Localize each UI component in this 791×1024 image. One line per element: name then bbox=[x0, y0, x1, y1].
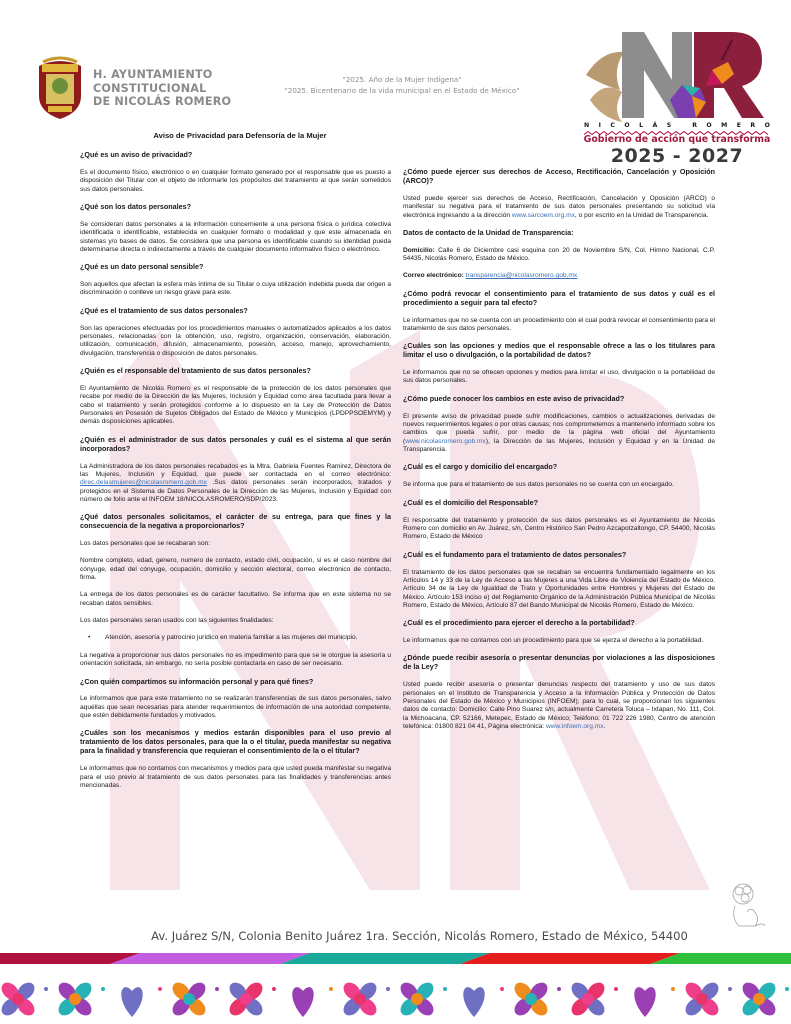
logo-letter: R bbox=[750, 122, 755, 129]
section-heading: ¿Cuáles son los mecanismos y medios esta… bbox=[80, 729, 391, 756]
document-title: Aviso de Privacidad para Defensoría de l… bbox=[80, 131, 400, 140]
body-text: La Administradora de los datos personale… bbox=[80, 463, 391, 478]
municipal-website-link[interactable]: www.nicolasromero.gob.mx bbox=[405, 438, 486, 445]
motto-line: "2025. Bicentenario de la vida municipal… bbox=[242, 86, 562, 97]
section-heading: ¿Qué son los datos personales? bbox=[80, 203, 391, 212]
section-body: Se informa que para el tratamiento de su… bbox=[403, 481, 715, 489]
logo-letter: S bbox=[667, 122, 671, 129]
section-body: Domicilio: Calle 6 de Diciembre casi esq… bbox=[403, 247, 715, 264]
section-heading: ¿Qué es un aviso de privacidad? bbox=[80, 151, 391, 160]
section-body: Usted puede recibir asesoría o presentar… bbox=[403, 681, 715, 731]
institution-line: H. AYUNTAMIENTO bbox=[93, 68, 231, 82]
motto-line: "2025. Año de la Mujer Indígena" bbox=[242, 75, 562, 86]
logo-letter: I bbox=[599, 122, 601, 129]
field-label: Correo electrónico: bbox=[403, 272, 464, 279]
section-heading: ¿Con quién compartimos su información pe… bbox=[80, 678, 391, 687]
sarcoem-link[interactable]: www.sarcoem.org.mx bbox=[512, 212, 575, 219]
logo-letter: L bbox=[639, 122, 643, 129]
section-body: Le informamos que no contamos con mecani… bbox=[80, 765, 391, 790]
section-heading: ¿Qué es el tratamiento de sus datos pers… bbox=[80, 307, 391, 316]
section-body: El presente aviso de privacidad puede su… bbox=[403, 413, 715, 455]
section-heading: ¿Cuál es el domicilio del Responsable? bbox=[403, 499, 715, 508]
section-heading: Datos de contacto de la Unidad de Transp… bbox=[403, 229, 715, 238]
section-body: Nombre completo, edad, genero, numero de… bbox=[80, 557, 391, 582]
section-body: La entrega de los datos personales es de… bbox=[80, 591, 391, 608]
infoem-link[interactable]: www.infoem.org.mx bbox=[546, 723, 604, 730]
section-body: La negativa a proporcionar sus datos per… bbox=[80, 652, 391, 669]
section-heading: ¿Dónde puede recibir asesoría o presenta… bbox=[403, 654, 715, 672]
section-body: Es el documento físico, electrónico o en… bbox=[80, 169, 391, 194]
body-text: , o por escrito en la Unidad de Transpar… bbox=[575, 212, 708, 219]
flower-border-icon bbox=[0, 967, 791, 1024]
section-body: Son aquellos que afectan la esfera más í… bbox=[80, 281, 391, 298]
logo-letter: E bbox=[737, 122, 741, 129]
field-value: Calle 6 de Diciembre casi esquina con 20… bbox=[403, 247, 715, 262]
section-body: Los datos personales que se recabaran so… bbox=[80, 540, 391, 548]
field-label: Domicilio: bbox=[403, 247, 435, 254]
section-heading: ¿Qué es un dato personal sensible? bbox=[80, 263, 391, 272]
woman-sketch-icon bbox=[725, 882, 769, 928]
section-heading: ¿Cómo puede conocer los cambios en este … bbox=[403, 395, 715, 404]
section-heading: ¿Qué datos personales solicitamos, el ca… bbox=[80, 513, 391, 531]
logo-letter: O bbox=[706, 122, 711, 129]
section-body: Le informamos que no se ofrecen opciones… bbox=[403, 369, 715, 386]
year-mottos: "2025. Año de la Mujer Indígena" "2025. … bbox=[242, 75, 562, 96]
purposes-list: Atención, asesoría y patrocinio jurídico… bbox=[80, 634, 391, 642]
section-heading: ¿Quién es el administrador de sus datos … bbox=[80, 436, 391, 454]
section-heading: ¿Cómo puede ejercer sus derechos de Acce… bbox=[403, 168, 715, 186]
section-body: Los datos personales seran usados con la… bbox=[80, 617, 391, 625]
institution-line: DE NICOLÁS ROMERO bbox=[93, 95, 231, 109]
section-body: Le informamos que no se cuenta con un pr… bbox=[403, 317, 715, 334]
purpose-item: Atención, asesoría y patrocinio jurídico… bbox=[80, 634, 391, 642]
right-column: ¿Cómo puede ejercer sus derechos de Acce… bbox=[403, 168, 715, 740]
transparency-email-link[interactable]: transparencia@nicolasromero.gob.mx bbox=[466, 272, 578, 279]
logo-letter: N bbox=[584, 122, 589, 129]
section-heading: ¿Cómo podrá revocar el consentimiento pa… bbox=[403, 290, 715, 308]
logo-letter: O bbox=[624, 122, 629, 129]
section-body: La Administradora de los datos personale… bbox=[80, 463, 391, 505]
section-body: El Ayuntamiento de Nicolás Romero es el … bbox=[80, 385, 391, 427]
section-heading: ¿Cuáles son las opciones y medios que el… bbox=[403, 342, 715, 360]
section-body: El responsable del tratamiento y protecc… bbox=[403, 517, 715, 542]
logo-slogan: Gobierno de acción que transforma bbox=[582, 134, 772, 145]
section-body: El tratamiento de los datos personales q… bbox=[403, 569, 715, 611]
logo-letter: C bbox=[610, 122, 615, 129]
left-column: ¿Qué es un aviso de privacidad? Es el do… bbox=[80, 151, 391, 799]
body-text: . bbox=[604, 723, 606, 730]
section-heading: ¿Cuál es el cargo y domicilio del encarg… bbox=[403, 463, 715, 472]
logo-letter: Á bbox=[652, 122, 657, 129]
administrator-email-link[interactable]: direc.delasmujeres@nicolasromero.gob.mx bbox=[80, 479, 207, 486]
logo-letter-space bbox=[681, 122, 683, 129]
section-body: Se consideran datos personales a la info… bbox=[80, 221, 391, 254]
section-body: Le informamos que no contamos con un pro… bbox=[403, 637, 715, 645]
logo-years: 2025 - 2027 bbox=[582, 145, 772, 167]
section-heading: ¿Cuál es el procedimiento para ejercer e… bbox=[403, 619, 715, 628]
footer-address: Av. Juárez S/N, Colonia Benito Juárez 1r… bbox=[0, 929, 791, 943]
section-body: Son las operaciones efectuadas por los p… bbox=[80, 325, 391, 358]
logo-letter: R bbox=[692, 122, 697, 129]
color-stripe-icon bbox=[0, 953, 791, 964]
logo-letter: O bbox=[765, 122, 770, 129]
section-body: Correo electrónico: transparencia@nicola… bbox=[403, 272, 715, 280]
municipal-crest-icon bbox=[33, 56, 87, 120]
section-heading: ¿Cuál es el fundamento para el tratamien… bbox=[403, 551, 715, 560]
section-heading: ¿Quién es el responsable del tratamiento… bbox=[80, 367, 391, 376]
institution-name: H. AYUNTAMIENTO CONSTITUCIONAL DE NICOLÁ… bbox=[93, 68, 231, 109]
section-body: Le informamos que para este tratamiento … bbox=[80, 695, 391, 720]
section-body: Usted puede ejercer sus derechos de Acce… bbox=[403, 195, 715, 220]
logo-letter: M bbox=[721, 122, 727, 129]
institution-line: CONSTITUCIONAL bbox=[93, 82, 231, 96]
logo-city-name: N I C O L Á S R O M E R O bbox=[584, 122, 770, 129]
